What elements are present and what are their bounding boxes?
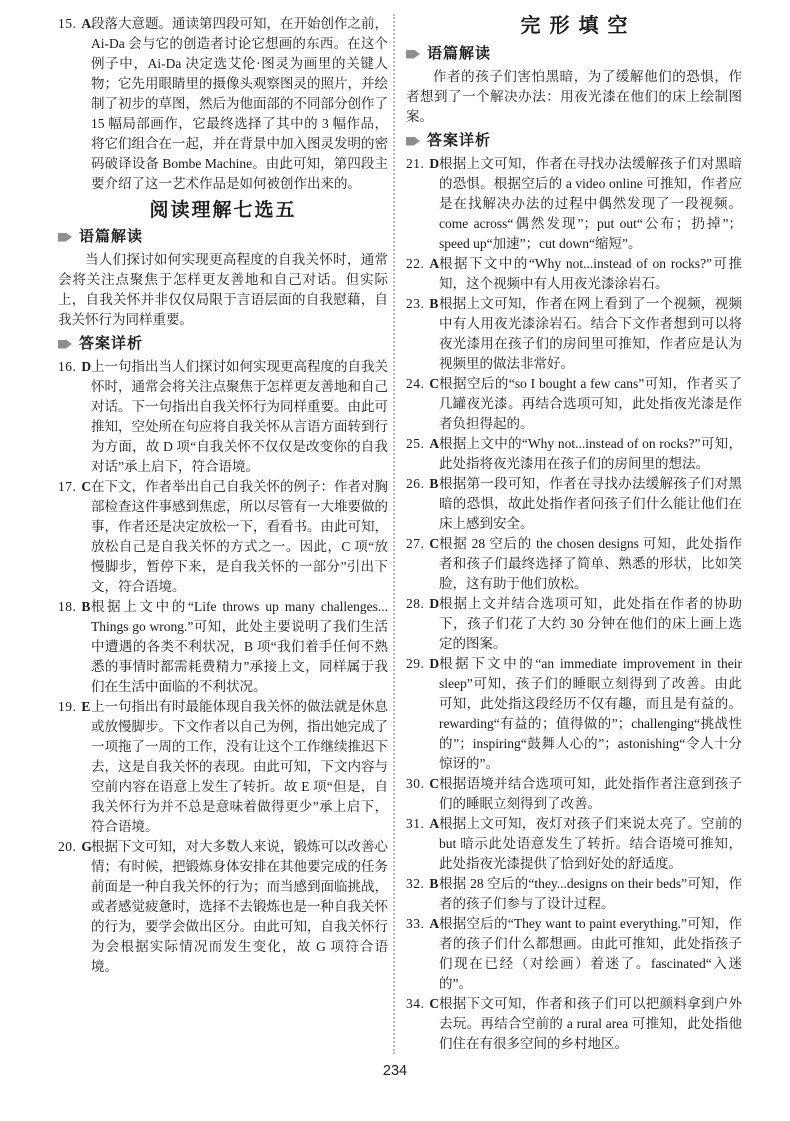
question-number: 26.	[406, 476, 424, 491]
answer-explanation: 上一句指出当人们探讨如何实现更高程度的自我关怀时，通常会将关注点聚焦于怎样更友善…	[91, 359, 388, 474]
question-number: 31.	[406, 816, 424, 831]
question-number: 20.	[58, 839, 76, 854]
answer-letter: C	[429, 536, 439, 551]
answers-detail-label: 答案详析	[427, 131, 491, 151]
answer-explanation: 根据 28 空后的 the chosen designs 可知，此处指作者和孩子…	[439, 536, 742, 591]
answer-explanation: 在下文，作者举出自己自我关怀的例子：作者对胸部检查这件事感到焦虑，所以尽管有一大…	[91, 479, 388, 594]
answer-letter: B	[429, 876, 438, 891]
question-number: 19.	[58, 699, 76, 714]
question-number: 34.	[406, 996, 424, 1011]
question-number: 32.	[406, 876, 424, 891]
answer-item-head: 15.A	[58, 14, 91, 34]
answer-letter: A	[429, 436, 439, 451]
answer-letter: C	[429, 996, 439, 1011]
answer-letter: D	[429, 156, 439, 171]
answer-item-22: 22.A 根据下文中的“Why not...instead of on rock…	[406, 254, 742, 294]
answer-item-21: 21.D 根据上文可知，作者在寻找办法缓解孩子们对黑暗的恐惧。根据空后的 a v…	[406, 154, 742, 254]
answer-explanation: 根据空后的“so I bought a few cans”可知，作者买了几罐夜光…	[439, 376, 742, 431]
answer-letter: C	[429, 776, 439, 791]
left-column: 15.A 段落大意题。通读第四段可知，在开始创作之前，Ai-Da 会与它的创造者…	[58, 14, 388, 1054]
question-number: 29.	[406, 656, 424, 671]
answer-item-32: 32.B 根据 28 空后的“they...designs on their b…	[406, 874, 742, 914]
answer-explanation: 根据下文可知，对大多数人来说，锻炼可以改善心情；有时候，把锻炼身体安排在其他要完…	[91, 839, 388, 974]
answer-explanation: 根据上文可知，夜灯对孩子们来说太亮了。空前的 but 暗示此处语意发生了转折。结…	[439, 816, 742, 871]
answer-item-24: 24.C 根据空后的“so I bought a few cans”可知，作者买…	[406, 374, 742, 434]
arrow-marker-icon	[58, 340, 72, 349]
question-number: 17.	[58, 479, 76, 494]
answer-explanation: 根据上文中的“Life throws up many challenges...…	[91, 599, 388, 694]
answer-letter: A	[429, 816, 439, 831]
answer-explanation: 根据上文可知，作者在网上看到了一个视频，视频中有人用夜光漆涂岩石。结合下文作者想…	[439, 296, 742, 371]
answer-item-34: 34.C 根据下文可知，作者和孩子们可以把颜料拿到户外去玩。再结合空前的 a r…	[406, 994, 742, 1054]
answer-explanation: 根据下文可知，作者和孩子们可以把颜料拿到户外去玩。再结合空前的 a rural …	[439, 996, 742, 1051]
passage-analysis-label: 语篇解读	[79, 227, 143, 247]
answer-item-26: 26.B 根据第一段可知，作者在寻找办法缓解孩子们对黑暗的恐惧，故此处指作者问孩…	[406, 474, 742, 534]
answer-explanation: 根据空后的“They want to paint everything.”可知，…	[439, 916, 742, 991]
answer-item-29: 29.D 根据下文中的“an immediate improvement in …	[406, 654, 742, 774]
answer-letter: E	[81, 699, 90, 714]
question-number: 18.	[58, 599, 76, 614]
answers-detail-header: 答案详析	[406, 131, 742, 151]
arrow-marker-icon	[406, 50, 420, 59]
question-number: 30.	[406, 776, 424, 791]
arrow-marker-icon	[58, 233, 72, 242]
answer-letter: G	[81, 839, 92, 854]
answer-item-15: 15.A 段落大意题。通读第四段可知，在开始创作之前，Ai-Da 会与它的创造者…	[58, 14, 388, 194]
answer-letter: B	[429, 296, 438, 311]
answer-letter: D	[429, 596, 439, 611]
answer-explanation: 根据 28 空后的“they...designs on their beds”可…	[439, 876, 742, 911]
passage-analysis-text: 作者的孩子们害怕黑暗，为了缓解他们的恐惧，作者想到了一个解决办法：用夜光漆在他们…	[406, 67, 742, 127]
column-divider	[393, 14, 395, 1054]
answer-explanation: 根据下文中的“an immediate improvement in their…	[439, 656, 742, 771]
answer-explanation: 根据上文并结合选项可知，此处指在作者的协助下，孩子们花了大约 30 分钟在他们的…	[439, 596, 742, 651]
question-number: 22.	[406, 256, 424, 271]
answer-explanation: 根据上文中的“Why not...instead of on rocks?”可知…	[439, 436, 742, 471]
question-number: 15.	[58, 16, 76, 31]
answer-explanation: 根据上文可知，作者在寻找办法缓解孩子们对黑暗的恐惧。根据空后的 a video …	[439, 156, 742, 251]
answer-item-30: 30.C 根据语境并结合选项可知，此处指作者注意到孩子们的睡眠立刻得到了改善。	[406, 774, 742, 814]
answer-item-25: 25.A 根据上文中的“Why not...instead of on rock…	[406, 434, 742, 474]
page-number: 234	[0, 1063, 790, 1079]
answer-explanation: 上一句指出有时最能体现自我关怀的做法就是休息或放慢脚步。下文作者以自己为例，指出…	[91, 699, 388, 834]
answer-letter: C	[429, 376, 439, 391]
question-number: 28.	[406, 596, 424, 611]
question-number: 24.	[406, 376, 424, 391]
answer-letter: A	[429, 256, 439, 271]
two-column-layout: 15.A 段落大意题。通读第四段可知，在开始创作之前，Ai-Da 会与它的创造者…	[0, 0, 790, 1054]
answer-item-33: 33.A 根据空后的“They want to paint everything…	[406, 914, 742, 994]
answer-item-20: 20.G 根据下文可知，对大多数人来说，锻炼可以改善心情；有时候，把锻炼身体安排…	[58, 837, 388, 977]
answer-item-17: 17.C 在下文，作者举出自己自我关怀的例子：作者对胸部检查这件事感到焦虑，所以…	[58, 477, 388, 597]
right-column: 完形填空 语篇解读 作者的孩子们害怕黑暗，为了缓解他们的恐惧，作者想到了一个解决…	[406, 14, 742, 1054]
answer-item-23: 23.B 根据上文可知，作者在网上看到了一个视频，视频中有人用夜光漆涂岩石。结合…	[406, 294, 742, 374]
answer-item-27: 27.C 根据 28 空后的 the chosen designs 可知，此处指…	[406, 534, 742, 594]
passage-analysis-text: 当人们探讨如何实现更高程度的自我关怀时，通常会将关注点聚焦于怎样更友善地和自己对…	[58, 250, 388, 330]
answer-item-18: 18.B 根据上文中的“Life throws up many challeng…	[58, 597, 388, 697]
answer-explanation: 根据下文中的“Why not...instead of on rocks?”可推…	[439, 256, 742, 291]
question-number: 27.	[406, 536, 424, 551]
answer-explanation: 根据语境并结合选项可知，此处指作者注意到孩子们的睡眠立刻得到了改善。	[439, 776, 742, 811]
question-number: 21.	[406, 156, 424, 171]
answer-item-19: 19.E 上一句指出有时最能体现自我关怀的做法就是休息或放慢脚步。下文作者以自己…	[58, 697, 388, 837]
answer-letter: A	[429, 916, 439, 931]
answer-explanation: 根据第一段可知，作者在寻找办法缓解孩子们对黑暗的恐惧，故此处指作者问孩子们什么能…	[439, 476, 742, 531]
question-number: 16.	[58, 359, 76, 374]
passage-analysis-header: 语篇解读	[58, 227, 388, 247]
section-title-cloze: 完形填空	[406, 16, 742, 36]
answers-detail-header: 答案详析	[58, 334, 388, 354]
answer-letter: C	[81, 479, 91, 494]
scanned-answer-page: 15.A 段落大意题。通读第四段可知，在开始创作之前，Ai-Da 会与它的创造者…	[0, 0, 790, 1121]
question-number: 25.	[406, 436, 424, 451]
question-number: 23.	[406, 296, 424, 311]
answer-item-28: 28.D 根据上文并结合选项可知，此处指在作者的协助下，孩子们花了大约 30 分…	[406, 594, 742, 654]
passage-analysis-header: 语篇解读	[406, 44, 742, 64]
section-title-reading-7to5: 阅读理解七选五	[58, 201, 388, 221]
arrow-marker-icon	[406, 137, 420, 146]
answer-letter: D	[429, 656, 439, 671]
answer-letter: A	[81, 16, 91, 31]
answer-item-31: 31.A 根据上文可知，夜灯对孩子们来说太亮了。空前的 but 暗示此处语意发生…	[406, 814, 742, 874]
answers-detail-label: 答案详析	[79, 334, 143, 354]
answer-explanation: 段落大意题。通读第四段可知，在开始创作之前，Ai-Da 会与它的创造者讨论它想画…	[91, 16, 388, 191]
answer-letter: B	[429, 476, 438, 491]
answer-item-16: 16.D 上一句指出当人们探讨如何实现更高程度的自我关怀时，通常会将关注点聚焦于…	[58, 357, 388, 477]
answer-letter: D	[81, 359, 91, 374]
question-number: 33.	[406, 916, 424, 931]
answer-letter: B	[81, 599, 90, 614]
passage-analysis-label: 语篇解读	[427, 44, 491, 64]
